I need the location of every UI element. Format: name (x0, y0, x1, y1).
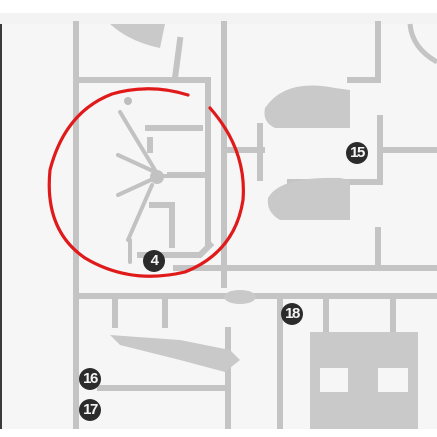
part-label-4: 4 (143, 250, 165, 272)
part-label-15: 15 (346, 142, 368, 164)
bottom-band (0, 429, 437, 437)
part-label-17: 17 (79, 399, 101, 421)
sprue-diagram: 4 15 18 16 17 (0, 0, 437, 437)
part-label-18: 18 (281, 303, 303, 325)
part-label-16: 16 (79, 368, 101, 390)
sprue-drawing (0, 0, 437, 437)
